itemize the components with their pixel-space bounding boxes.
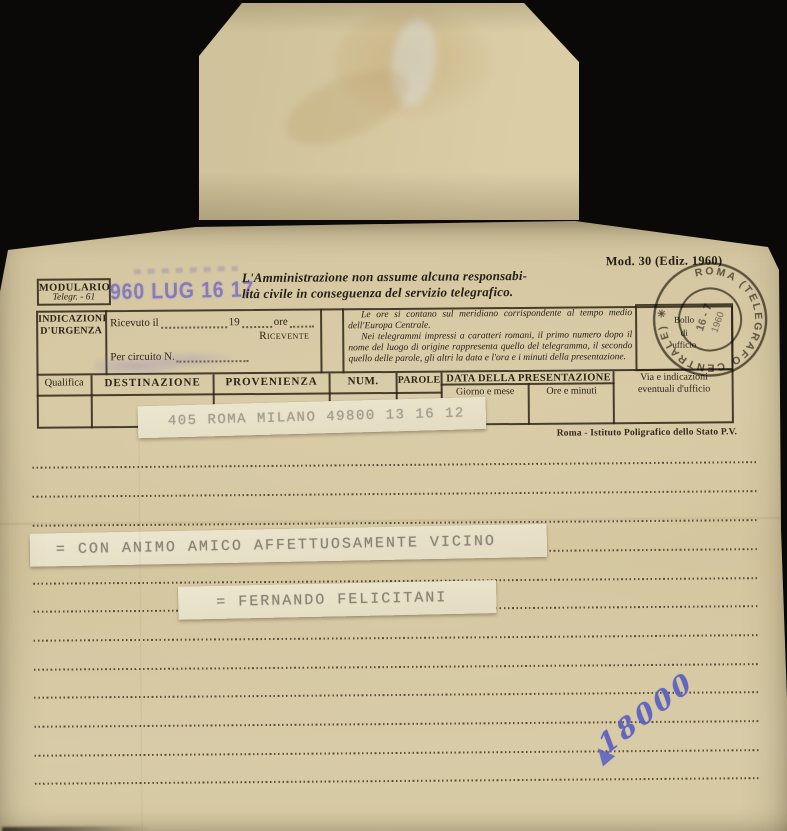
service-notes-par2: Nei telegrammi impressi a caratteri roma…	[348, 330, 632, 365]
handwritten-amount: 18000	[591, 675, 742, 776]
circuit-stamp-smudge	[94, 348, 230, 377]
modulario-subtitle: Telegr. - 61	[39, 292, 109, 303]
writing-line	[35, 777, 759, 785]
telegram-photo: MODULARIO Telegr. - 61 960 LUG 16 17 L'A…	[0, 0, 787, 831]
paper-crease-vertical	[138, 442, 143, 831]
service-notes: Le ore si contano sul meridiano corrispo…	[348, 308, 632, 365]
printer-imprint: Roma - Istituto Poligrafico dello Stato …	[555, 427, 737, 438]
urgency-line-1: INDICAZIONI	[38, 313, 104, 326]
modulario-box: MODULARIO Telegr. - 61	[37, 278, 111, 306]
dotted-leader	[290, 316, 314, 328]
message-slip: = CON ANIMO AMICO AFFETTUOSAMENTE VICINO	[30, 524, 548, 567]
telegram-flap	[196, 2, 580, 220]
hour-label: ore	[274, 316, 288, 328]
telegram-sheet: MODULARIO Telegr. - 61 960 LUG 16 17 L'A…	[0, 218, 787, 831]
postmark-stamp: ROMA (TELEGRAFO CENTRALE) ✳ 16 - 7 1960	[650, 259, 771, 380]
writing-line	[32, 461, 756, 469]
arrival-date-stamp: 960 LUG 16 17	[110, 277, 258, 305]
via-line-2: eventuali d'ufficio	[615, 383, 734, 396]
column-header-destinazione: DESTINAZIONE	[93, 376, 213, 389]
received-label: Ricevuto il	[110, 317, 159, 329]
column-header-data-presentazione: DATA DELLA PRESENTAZIONE	[443, 372, 615, 384]
signature-slip: = FERNANDO FELICITANI	[178, 580, 497, 620]
column-header-qualifica: Qualifica	[38, 377, 91, 388]
routing-text: 405 ROMA MILANO 49800 13 16 12	[168, 405, 465, 429]
column-header-provenienza: PROVENIENZA	[215, 375, 329, 388]
urgency-header: INDICAZIONI D'URGENZA	[38, 313, 104, 338]
column-header-parole: PAROLE	[398, 375, 441, 386]
writing-line	[34, 663, 758, 671]
postmark-ring-text: ROMA (TELEGRAFO CENTRALE) ✳	[650, 259, 771, 380]
stamp-residue-marks	[134, 266, 238, 275]
amount-text: 18000	[593, 665, 700, 761]
writing-line	[34, 634, 758, 642]
water-stain-tail	[276, 54, 418, 160]
subcolumn-header-giorno-mese: Giorno e mese	[443, 386, 528, 398]
paper-bottom-shadow	[2, 826, 152, 831]
dotted-leader	[161, 316, 227, 329]
year-prefix: 19	[229, 316, 240, 328]
disclaimer-line-2: lità civile in conseguenza del servizio …	[242, 284, 560, 302]
urgency-line-2: D'URGENZA	[38, 325, 104, 338]
signature-text: = FERNANDO FELICITANI	[216, 589, 447, 611]
water-stain-ring	[334, 10, 492, 118]
received-line: Ricevuto il 19 ore	[110, 316, 316, 330]
subcolumn-header-ore-minuti: Ore e minuti	[530, 385, 614, 397]
svg-text:ROMA (TELEGRAFO CENTRALE) ✳: ROMA (TELEGRAFO CENTRALE) ✳	[650, 259, 771, 380]
dotted-leader	[242, 316, 272, 328]
disclaimer-text: L'Amministrazione non assume alcuna resp…	[242, 268, 560, 302]
water-stain-core	[387, 16, 441, 109]
service-notes-par1: Le ore si contano sul meridiano corrispo…	[348, 308, 632, 332]
receiver-label: Ricevente	[256, 330, 312, 342]
writing-line	[32, 490, 756, 498]
column-header-num: NUM.	[331, 375, 396, 388]
message-text: = CON ANIMO AMICO AFFETTUOSAMENTE VICINO	[56, 533, 496, 558]
